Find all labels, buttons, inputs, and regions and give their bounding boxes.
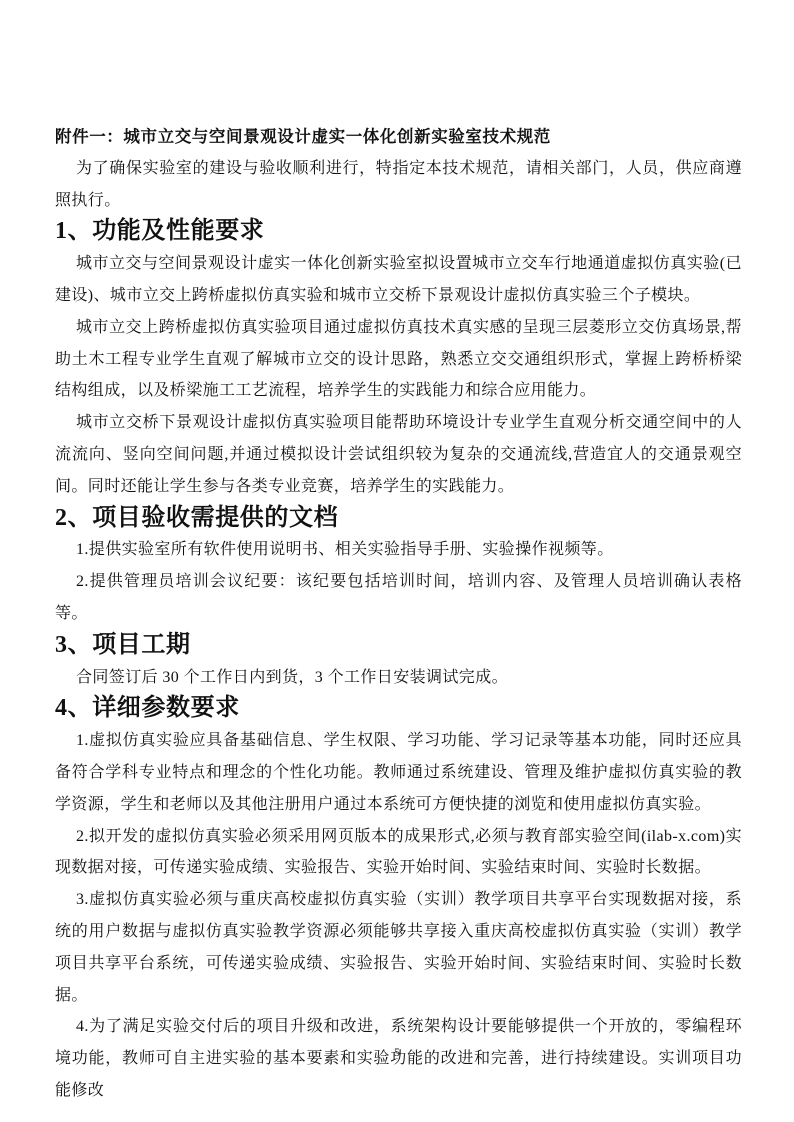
- section-2-paragraph-1: 1.提供实验室所有软件使用说明书、相关实验指导手册、实验操作视频等。: [55, 534, 742, 566]
- section-1-paragraph-1: 城市立交与空间景观设计虚实一体化创新实验室拟设置城市立交车行地通道虚拟仿真实验(…: [55, 248, 742, 312]
- section-4-paragraph-1: 1.虚拟仿真实验应具备基础信息、学生权限、学习功能、学习记录等基本功能，同时还应…: [55, 725, 742, 820]
- document-content: 附件一：城市立交与空间景观设计虚实一体化创新实验室技术规范 为了确保实验室的建设…: [55, 121, 742, 1107]
- section-heading-3: 3、项目工期: [55, 630, 742, 662]
- section-1-paragraph-3: 城市立交桥下景观设计虚拟仿真实验项目能帮助环境设计专业学生直观分析交通空间中的人…: [55, 407, 742, 502]
- section-3-paragraph-1: 合同签订后 30 个工作日内到货，3 个工作日安装调试完成。: [55, 662, 742, 694]
- section-4-paragraph-3: 3.虚拟仿真实验必须与重庆高校虚拟仿真实验（实训）教学项目共享平台实现数据对接，…: [55, 884, 742, 1011]
- section-2-paragraph-2: 2.提供管理员培训会议纪要：该纪要包括培训时间，培训内容、及管理人员培训确认表格…: [55, 566, 742, 630]
- section-heading-1: 1、功能及性能要求: [55, 216, 742, 248]
- section-heading-4: 4、详细参数要求: [55, 693, 742, 725]
- section-heading-2: 2、项目验收需提供的文档: [55, 503, 742, 535]
- document-page: 附件一：城市立交与空间景观设计虚实一体化创新实验室技术规范 为了确保实验室的建设…: [0, 0, 794, 1122]
- page-number: 5: [0, 1045, 794, 1060]
- intro-paragraph: 为了确保实验室的建设与验收顺利进行，特指定本技术规范，请相关部门，人员，供应商遵…: [55, 153, 742, 217]
- section-4-paragraph-2: 2.拟开发的虚拟仿真实验必须采用网页版本的成果形式,必须与教育部实验空间(ila…: [55, 821, 742, 885]
- sections-container: 1、功能及性能要求城市立交与空间景观设计虚实一体化创新实验室拟设置城市立交车行地…: [55, 216, 742, 1106]
- document-title: 附件一：城市立交与空间景观设计虚实一体化创新实验室技术规范: [55, 121, 742, 153]
- section-1-paragraph-2: 城市立交上跨桥虚拟仿真实验项目通过虚拟仿真技术真实感的呈现三层菱形立交仿真场景,…: [55, 312, 742, 407]
